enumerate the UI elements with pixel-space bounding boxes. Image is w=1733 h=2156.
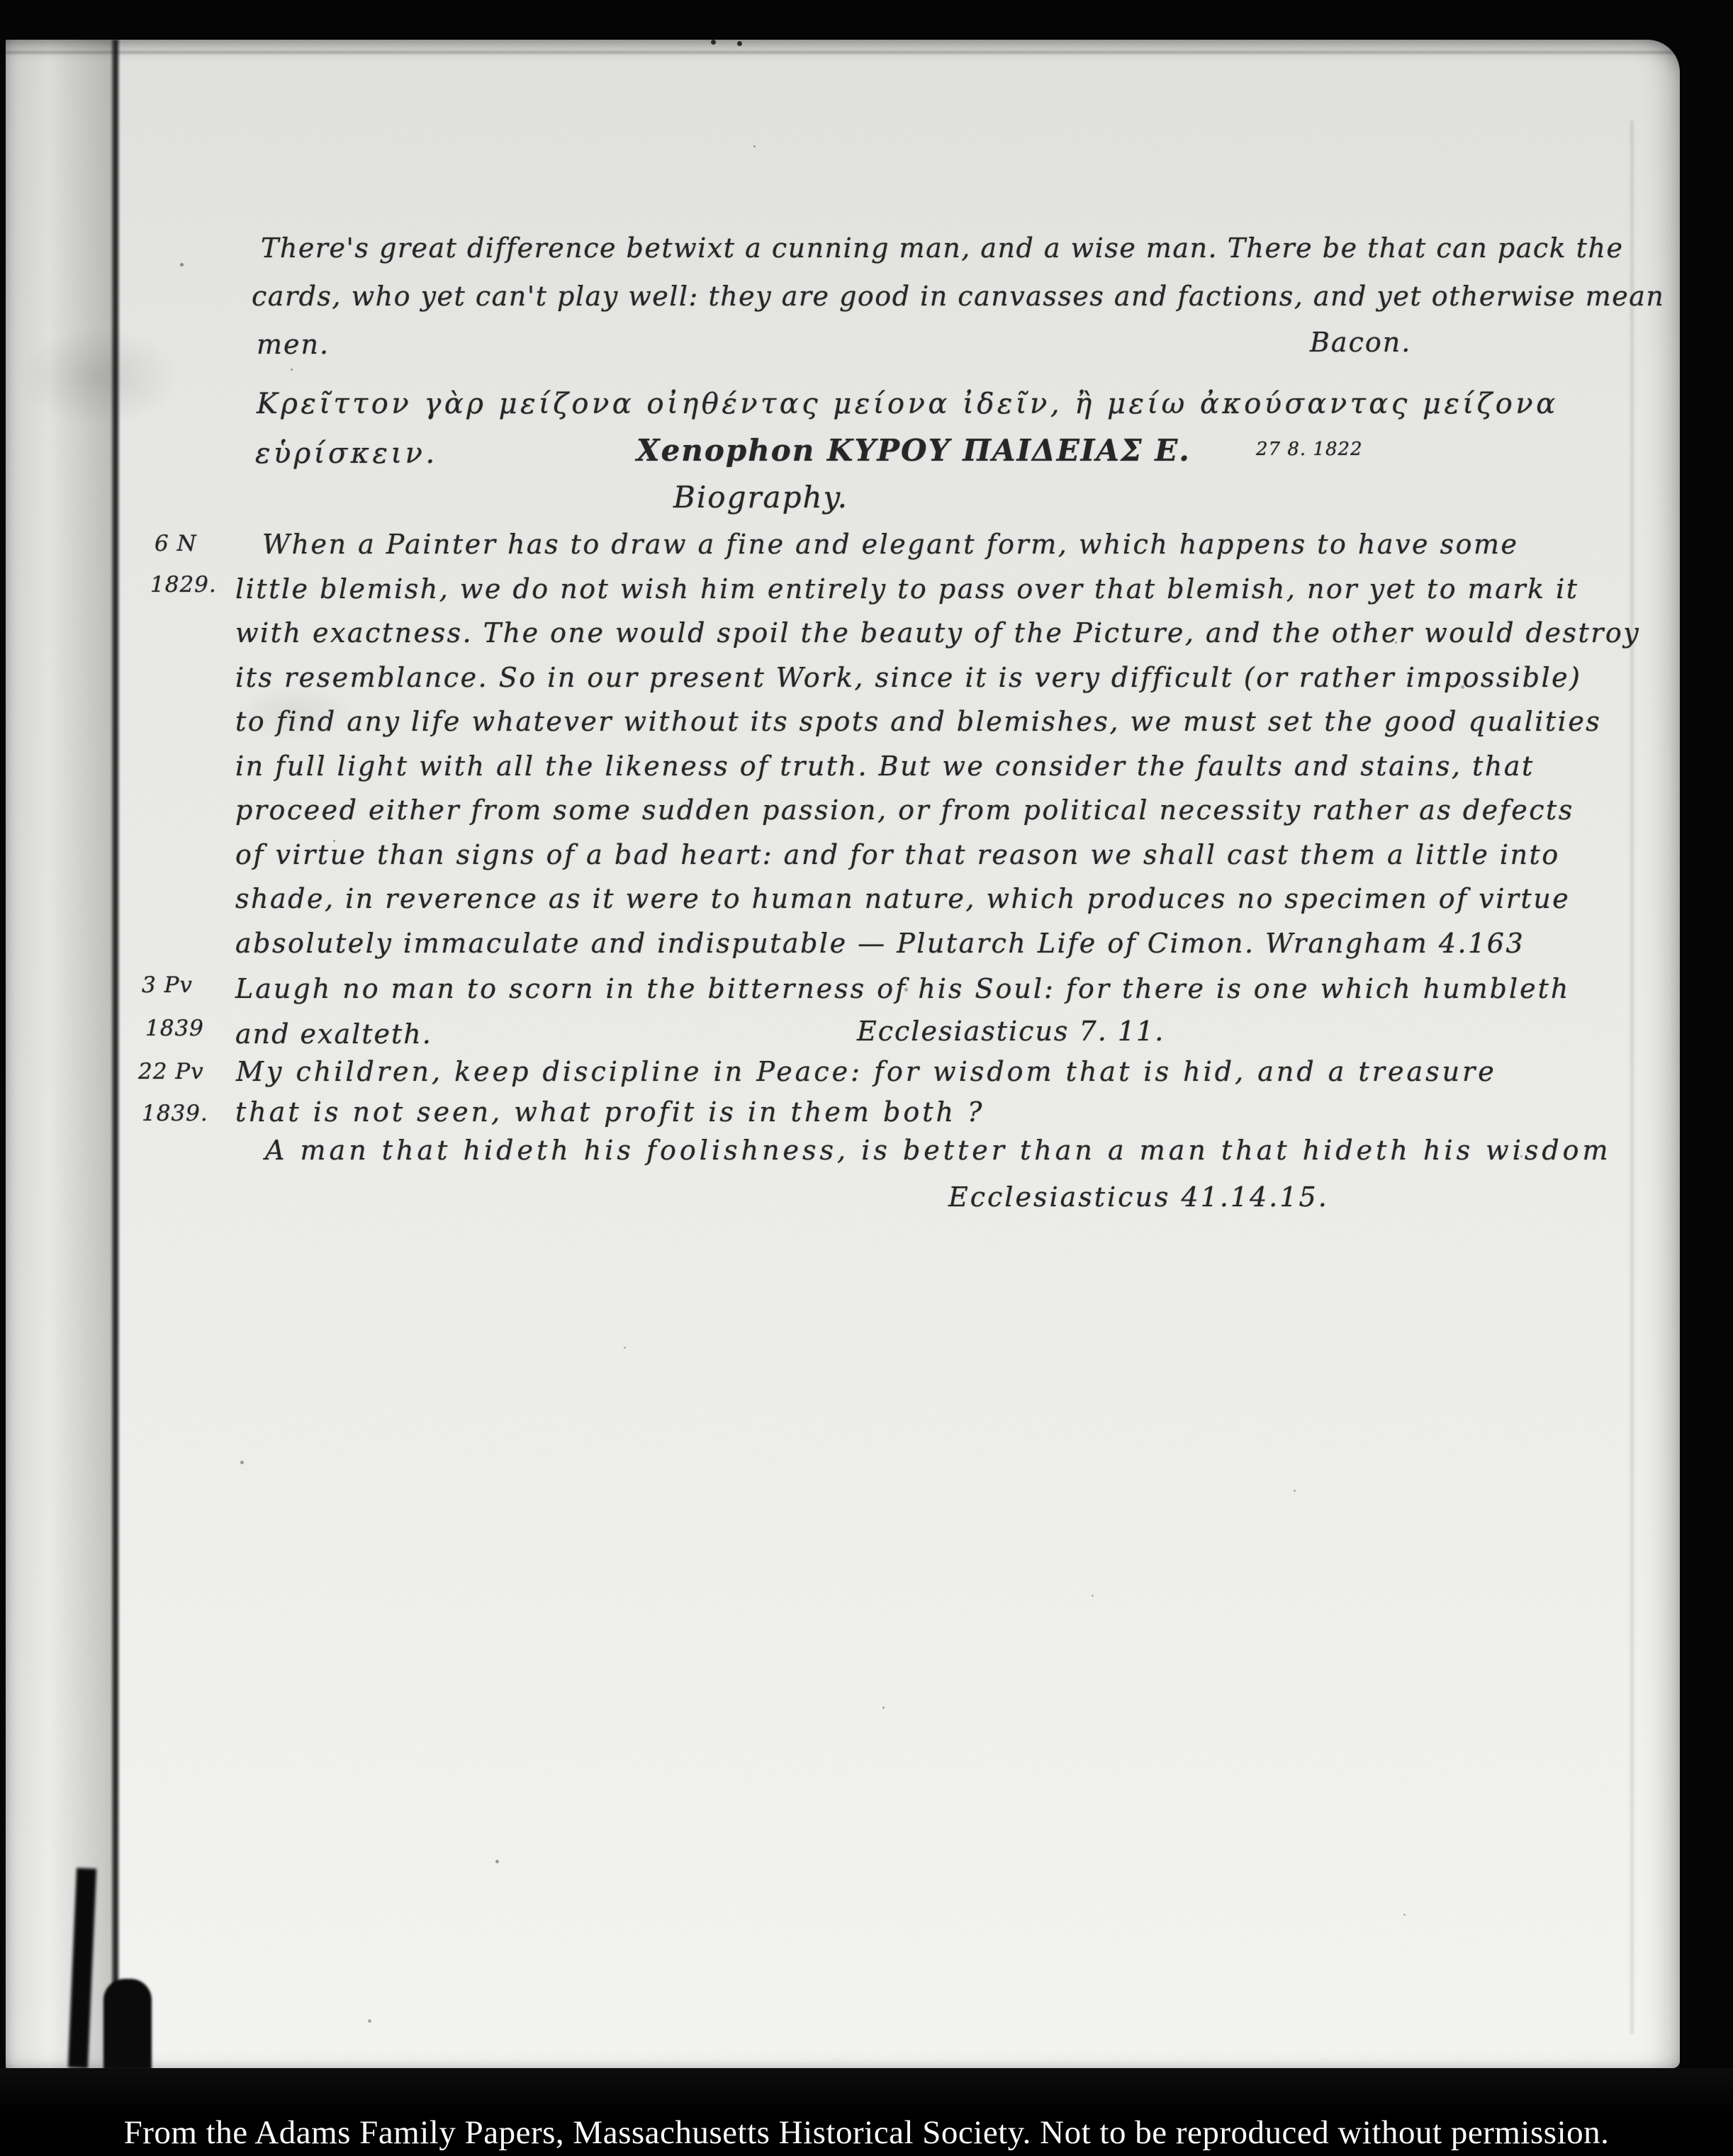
- eccl41-citation: Ecclesiasticus 41.14.15.: [948, 1181, 1329, 1215]
- eccl7-citation: Ecclesiasticus 7. 11.: [857, 1015, 1165, 1049]
- margin-ref-eccl41: 22 Pv: [138, 1058, 204, 1086]
- archive-credit-text: From the Adams Family Papers, Massachuse…: [0, 2113, 1733, 2152]
- margin-ref-eccl7: 3 Pv: [142, 972, 193, 999]
- painter-passage-line: its resemblance. So in our present Work,…: [235, 656, 1640, 700]
- greek-quote-line-1: Κρεῖττον γὰρ μείζονα οἰηθέντας μείονα ἰδ…: [257, 386, 1559, 422]
- bacon-attribution: Bacon.: [1310, 326, 1411, 360]
- page-edge-ridge: [1630, 120, 1634, 2034]
- painter-passage-line: to find any life whatever without its sp…: [235, 700, 1640, 744]
- paper-stain: [17, 327, 180, 427]
- greek-quote-date: 27 8. 1822: [1256, 438, 1363, 461]
- greek-quote-line-2: εὑρίσκειν.: [255, 436, 438, 471]
- painter-passage-line: shade, in reverence as it were to human …: [235, 877, 1640, 921]
- bacon-quote-line-1: There's great difference betwixt a cunni…: [261, 232, 1623, 266]
- ink-specks: [0, 0, 2, 2]
- greek-quote-source: Xenophon ΚΥΡΟΥ ΠΑΙΔΕΙΑΣ Ε.: [636, 432, 1191, 470]
- top-edge-crease: [6, 51, 1680, 54]
- painter-passage-line: of virtue than signs of a bad heart: and…: [235, 833, 1640, 877]
- bacon-quote-line-2: cards, who yet can't play well: they are…: [252, 280, 1664, 314]
- binding-clamp: [103, 1979, 152, 2070]
- painter-passage-line: absolutely immaculate and indisputable —…: [235, 921, 1640, 966]
- eccl41-line-2: that is not seen, what profit is in them…: [235, 1096, 985, 1130]
- section-heading: Biography.: [673, 479, 848, 517]
- painter-passage-line: When a Painter has to draw a fine and el…: [235, 522, 1640, 567]
- eccl41-line-1: My children, keep discipline in Peace: f…: [236, 1055, 1497, 1089]
- painter-passage-line: in full light with all the likeness of t…: [235, 744, 1640, 789]
- margin-year-painter: 1829.: [150, 571, 217, 599]
- eccl41-line-3: A man that hideth his foolishness, is be…: [265, 1134, 1612, 1168]
- margin-ref-painter: 6 N: [155, 530, 197, 558]
- eccl7-line-2: and exalteth.: [235, 1018, 432, 1052]
- margin-year-eccl41: 1839.: [142, 1100, 208, 1128]
- bacon-quote-line-3: men.: [257, 328, 330, 362]
- margin-year-eccl7: 1839: [145, 1015, 204, 1043]
- scanned-manuscript-page: There's great difference betwixt a cunni…: [0, 0, 1733, 2156]
- painter-passage-line: with exactness. The one would spoil the …: [235, 611, 1640, 656]
- painter-passage-line: little blemish, we do not wish him entir…: [235, 567, 1640, 612]
- painter-passage: When a Painter has to draw a fine and el…: [235, 522, 1640, 965]
- eccl7-line-1: Laugh no man to scorn in the bitterness …: [235, 972, 1570, 1006]
- painter-passage-line: proceed either from some sudden passion,…: [235, 788, 1640, 833]
